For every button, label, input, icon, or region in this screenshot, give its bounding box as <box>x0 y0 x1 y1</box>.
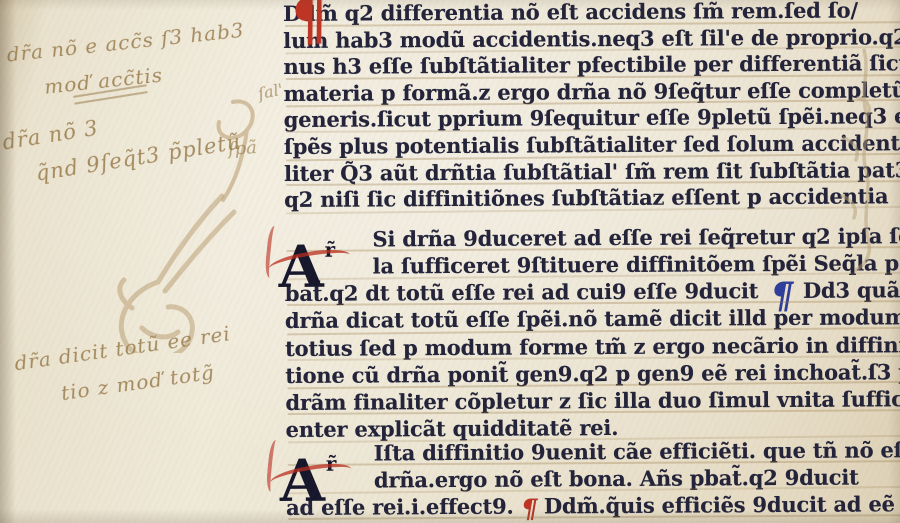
marginal-gloss: ſal' <box>256 80 284 104</box>
text-line: drña dicat totũ eſſe ſpẽi.nõ tamẽ dicit … <box>285 304 900 335</box>
text-column: ¶ Ddm̃ q2 differentia nõ eſt accidens ſm… <box>283 0 900 521</box>
paragraph-1: ¶ Ddm̃ q2 differentia nõ eſt accidens ſm… <box>283 0 900 214</box>
text-line: la ſufficeret 9ſtituere diffinitõem ſpẽi… <box>285 249 900 280</box>
text-line: bat̃.q2 dt totũ eſſe rei ad cui9 eſſe 9d… <box>285 276 900 307</box>
text-line: ſpẽs plus potentialis ſubſtãtialiter ſed… <box>284 130 900 160</box>
text-line: Si drña 9duceret ad eſſe rei ſeq̃retur q… <box>284 222 900 253</box>
paragraph-3: Ar̃ Iſta diffinitio 9uenit cãe efficiẽti… <box>286 437 900 522</box>
text-segment: bat̃.q2 dt totũ eſſe rei ad cui9 eſſe 9d… <box>285 278 759 306</box>
margin-flourish-icon <box>836 42 898 274</box>
blue-paraph-mark: ¶ <box>757 291 803 301</box>
text-line: tione cũ drña ponit̃ gen9.q2 p gen9 eẽ r… <box>285 358 900 389</box>
text-line: ad eſſe rei.i.effect9.¶Ddm̃.q̃uis effici… <box>286 491 900 522</box>
marginal-note-3: dr̃a dicit totũ ee rei tio z moď totg̃ <box>12 315 238 417</box>
paragraph-2: Ar̃ Si drña 9duceret ad eſſe rei ſeq̃ret… <box>284 222 900 443</box>
red-paraph-mark: ¶ <box>513 505 545 515</box>
text-line: drãm finaliter cõpletur z ſic illa duo ſ… <box>285 385 900 416</box>
manuscript-page-photo: ¶ Ddm̃ q2 differentia nõ eſt accidens ſm… <box>0 0 900 523</box>
text-line: materia p formã.z ergo drña nõ 9ſeq̃tur … <box>283 77 900 107</box>
text-segment: Dd3 quãuis <box>803 277 900 303</box>
drop-cap-initial: Ar̃ <box>278 221 364 280</box>
text-line: Iſta diffinitio 9uenit cãe efficiẽti. qu… <box>286 437 900 468</box>
red-paraph-mark: ¶ <box>291 0 328 51</box>
text-segment: Ddm̃.q̃uis efficiẽs 9ducit ad eẽ <box>544 492 895 519</box>
text-line: totius ſed p modum forme tm̃ z ergo necã… <box>285 331 900 362</box>
text-line: generis.ſicut pprium 9ſequitur eſſe 9ple… <box>284 104 900 134</box>
text-line: drña.ergo nõ eſt bona. Añs pbat̃.q2 9duc… <box>286 464 900 495</box>
text-line: liter Q̃3 aũt drñtia ſubſtãtial' ſm̃ rem… <box>284 157 900 187</box>
drop-cap-initial: Ar̃ <box>280 436 366 495</box>
text-line: lum hab3 modũ accidentis.neq3 eſt ſil'e … <box>283 24 900 54</box>
marginal-gloss: ſpã <box>227 137 257 160</box>
text-line: nus h3 eſſe ſubſtãtialiter pfectibile pe… <box>283 50 900 80</box>
text-line: q2 niſi ſic diffinitiõnes ſubſtãtiaz eſſ… <box>284 183 900 213</box>
